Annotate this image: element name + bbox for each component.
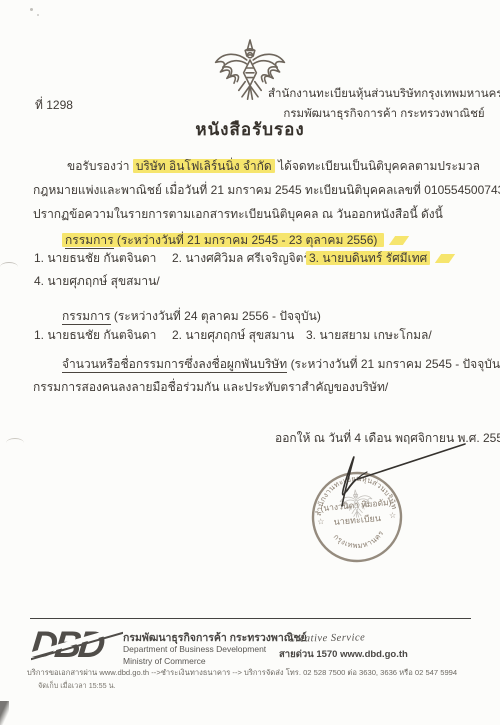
board-1-member-4: 4. นายศุภฤกษ์ สุขสมาน/ <box>34 273 160 290</box>
highlight-swash <box>435 254 455 263</box>
footer-divider <box>30 618 471 619</box>
document-number: ที่ 1298 <box>35 97 73 114</box>
footer-org-english-1: Department of Business Development <box>123 644 266 654</box>
scan-artifact <box>30 8 33 11</box>
intro-line-1: ขอรับรองว่า บริษัท อินโฟเลิร์นนิ่ง จำกัด… <box>33 158 500 175</box>
board-1-period: (ระหว่างวันที่ 21 มกราคม 2545 - 23 ตุลาค… <box>117 233 378 247</box>
board-1-member-2: 2. นางศศิวิมล ศรีเจริญจิตร์ <box>172 250 310 267</box>
document-title: หนังสือรับรอง <box>0 116 500 143</box>
signing-rule: กรรมการสองคนลงลายมือชื่อร่วมกัน และประทั… <box>33 379 388 396</box>
board-1-heading: กรรมการ (ระหว่างวันที่ 21 มกราคม 2545 - … <box>62 232 406 249</box>
board-2-member-2: 2. นายศุภฤกษ์ สุขสมาน <box>172 327 294 344</box>
board-2-member-1: 1. นายธนชัย กันตจินดา <box>34 327 156 344</box>
company-name-highlight: บริษัท อินโฟเลิร์นนิ่ง จำกัด <box>133 159 275 173</box>
scan-artifact <box>0 701 9 725</box>
board-1-label: กรรมการ <box>65 233 114 249</box>
board-2-period: (ระหว่างวันที่ 24 ตุลาคม 2556 - ปัจจุบัน… <box>114 309 321 323</box>
highlight-swash <box>389 236 409 245</box>
intro-suffix: ได้จดทะเบียนเป็นนิติบุคคลตามประมวล <box>278 159 480 173</box>
board-2-label: กรรมการ <box>62 309 111 325</box>
footer-tagline: Creative Service <box>288 632 365 644</box>
certificate-document: ที่ 1298 สำนักงานทะเบียนหุ้นส่วนบริษัทกร… <box>0 0 500 725</box>
board-2-heading: กรรมการ (ระหว่างวันที่ 24 ตุลาคม 2556 - … <box>62 308 321 325</box>
dbd-logo: DBD <box>31 624 123 666</box>
board-1-member-3: 3. นายบดินทร์ รัศมีเทศ <box>306 250 452 267</box>
footer-org-english-2: Ministry of Commerce <box>123 656 206 666</box>
signing-heading: จำนวนหรือชื่อกรรมการซึ่งลงชื่อผูกพันบริษ… <box>62 356 500 373</box>
scan-artifact <box>0 262 18 272</box>
scan-artifact <box>37 14 39 16</box>
scan-artifact <box>6 438 24 448</box>
board-2-member-3: 3. นายสยาม เกษะโกมล/ <box>306 327 432 344</box>
intro-line-3: ปรากฏข้อความในรายการตามเอกสารทะเบียนนิติ… <box>33 206 483 223</box>
footer-hotline: สายด่วน 1570 www.dbd.go.th <box>279 647 408 662</box>
board-1-member-1: 1. นายธนชัย กันตจินดา <box>34 250 156 267</box>
footer-archived-line: จัดเก็บ เมื่อเวลา 15:55 น. <box>38 681 116 692</box>
intro-line-2: กฎหมายแพ่งและพาณิชย์ เมื่อวันที่ 21 มกรา… <box>33 182 483 199</box>
footer-services-line: บริการขอเอกสารผ่าน www.dbd.go.th -->ชำระ… <box>27 667 457 679</box>
registrar-signature <box>295 428 475 543</box>
office-line-1: สำนักงานทะเบียนหุ้นส่วนบริษัทกรุงเทพมหาน… <box>268 84 500 104</box>
intro-prefix: ขอรับรองว่า <box>67 159 129 173</box>
